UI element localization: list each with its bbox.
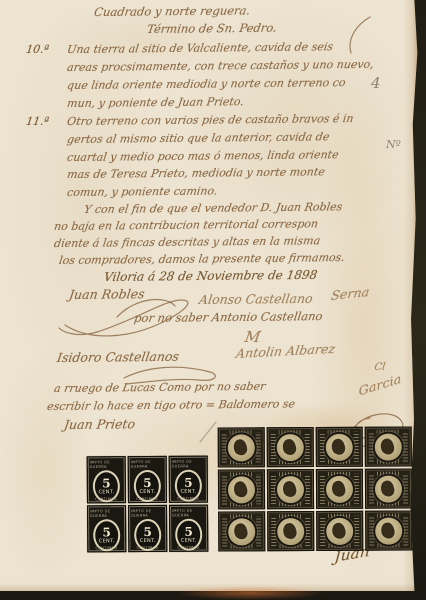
margin-numero-mark: Nº xyxy=(386,138,401,151)
signature-alonso-castellano: Alonso Castellano xyxy=(198,293,313,307)
war-tax-stamp: IMPTO DE GUERRA 5CENT. CENTIMOS xyxy=(169,505,208,552)
m-flourish: M xyxy=(244,330,262,345)
portrait-silhouette-icon xyxy=(379,437,396,456)
portrait-stamp xyxy=(267,511,314,551)
manuscript-line: Una tierra al sitio de Valcaliente, cavi… xyxy=(66,41,334,55)
portrait-stamp xyxy=(218,511,265,551)
manuscript-line: mun, y poniente de Juan Prieto. xyxy=(66,96,244,109)
portrait-stamp xyxy=(218,469,265,509)
signature-antolin-albarez: Antolin Albarez xyxy=(235,343,336,361)
stamp-bottom-text: CENTIMOS xyxy=(96,496,118,501)
manuscript-line: a rruego de Lucas Como por no saber xyxy=(53,381,266,394)
date-line: Viloria á 28 de Noviembre de 1898 xyxy=(103,269,318,283)
heading-line-1: Cuadrado y norte reguera. xyxy=(93,5,251,18)
portrait-stamp xyxy=(267,469,314,509)
photo-light-reflection xyxy=(175,586,325,600)
manuscript-line: Otro terreno con varios pies de castaño … xyxy=(66,113,354,127)
war-tax-stamp: IMPTO DE GUERRA 5CENT. CENTIMOS xyxy=(87,505,126,552)
signature-garcia: Garcia xyxy=(358,373,402,398)
manuscript-line: Y con el fin de que el vendedor D. Juan … xyxy=(83,201,343,215)
portrait-stamp xyxy=(267,427,314,467)
manuscript-line: comun, y poniente camino. xyxy=(66,185,218,198)
stamp-top-text: IMPTO DE GUERRA xyxy=(90,460,123,469)
portrait-stamp xyxy=(316,427,363,467)
portrait-stamp xyxy=(316,511,363,551)
war-tax-stamp-block: IMPTO DE GUERRA 5CENT. CENTIMOS IMPTO DE… xyxy=(87,456,209,553)
portrait-silhouette-icon xyxy=(379,521,396,540)
photo-background: Cuadrado y norte reguera. Término de Sn.… xyxy=(0,0,426,600)
portrait-silhouette-icon xyxy=(330,479,347,498)
item-10-label: 10.ª xyxy=(25,44,49,55)
heading-line-2: Término de Sn. Pedro. xyxy=(146,23,277,36)
portrait-stamp xyxy=(365,510,412,550)
portrait-silhouette-icon xyxy=(281,437,298,456)
manuscript-line: que linda oriente mediodia y norte con t… xyxy=(66,77,346,91)
portrait-silhouette-icon xyxy=(281,521,298,540)
portrait-stamp xyxy=(316,469,363,509)
war-tax-stamp: IMPTO DE GUERRA 5CENT. CENTIMOS xyxy=(128,505,167,552)
portrait-silhouette-icon xyxy=(232,438,249,457)
war-tax-stamp: IMPTO DE GUERRA 5CENT. CENTIMOS xyxy=(87,456,126,503)
cl-mark: Cl xyxy=(374,363,386,373)
portrait-silhouette-icon xyxy=(232,522,249,541)
war-tax-stamp: IMPTO DE GUERRA 5CENT. CENTIMOS xyxy=(128,456,167,503)
portrait-silhouette-icon xyxy=(330,437,347,456)
signature-serna: Serna xyxy=(330,286,370,302)
document-page: Cuadrado y norte reguera. Término de Sn.… xyxy=(0,0,419,591)
manuscript-line: cuartal y medio poco mas ó menos, linda … xyxy=(66,149,339,163)
manuscript-line: diente á las fincas descritas y altas en… xyxy=(53,235,321,249)
portrait-silhouette-icon xyxy=(379,479,396,498)
war-tax-stamp: IMPTO DE GUERRA 5CENT. CENTIMOS xyxy=(169,456,208,503)
portrait-silhouette-icon xyxy=(281,479,298,498)
manuscript-line: no baja en la contribucion territorial c… xyxy=(53,218,319,232)
manuscript-line: areas procsimamente, con trece castaños … xyxy=(66,59,374,73)
manuscript-line: gertos al mismo sitio que la anterior, c… xyxy=(66,131,330,145)
heading-flourish xyxy=(330,14,376,56)
por-no-saber-line: por no saber Antonio Castellano xyxy=(133,311,323,324)
portrait-medallion xyxy=(228,434,255,461)
portrait-stamp xyxy=(218,427,265,467)
manuscript-line: mas de Teresa Prieto, mediodia y norte m… xyxy=(66,166,325,180)
portrait-stamp xyxy=(365,468,412,508)
portrait-silhouette-icon xyxy=(330,521,347,540)
margin-folio-number: 4 xyxy=(371,74,381,92)
item-11-label: 11.ª xyxy=(25,116,49,127)
manuscript-line: escribir lo hace en tigo otro = Baldomer… xyxy=(46,398,296,412)
portrait-stamp xyxy=(365,426,412,466)
signature-juan-prieto: Juan Prieto xyxy=(63,418,136,431)
manuscript-line: los compradores, damos la presente que f… xyxy=(58,252,345,266)
portrait-stamp-block xyxy=(218,426,413,551)
pencil-stroke xyxy=(198,420,218,444)
portrait-silhouette-icon xyxy=(232,480,249,499)
